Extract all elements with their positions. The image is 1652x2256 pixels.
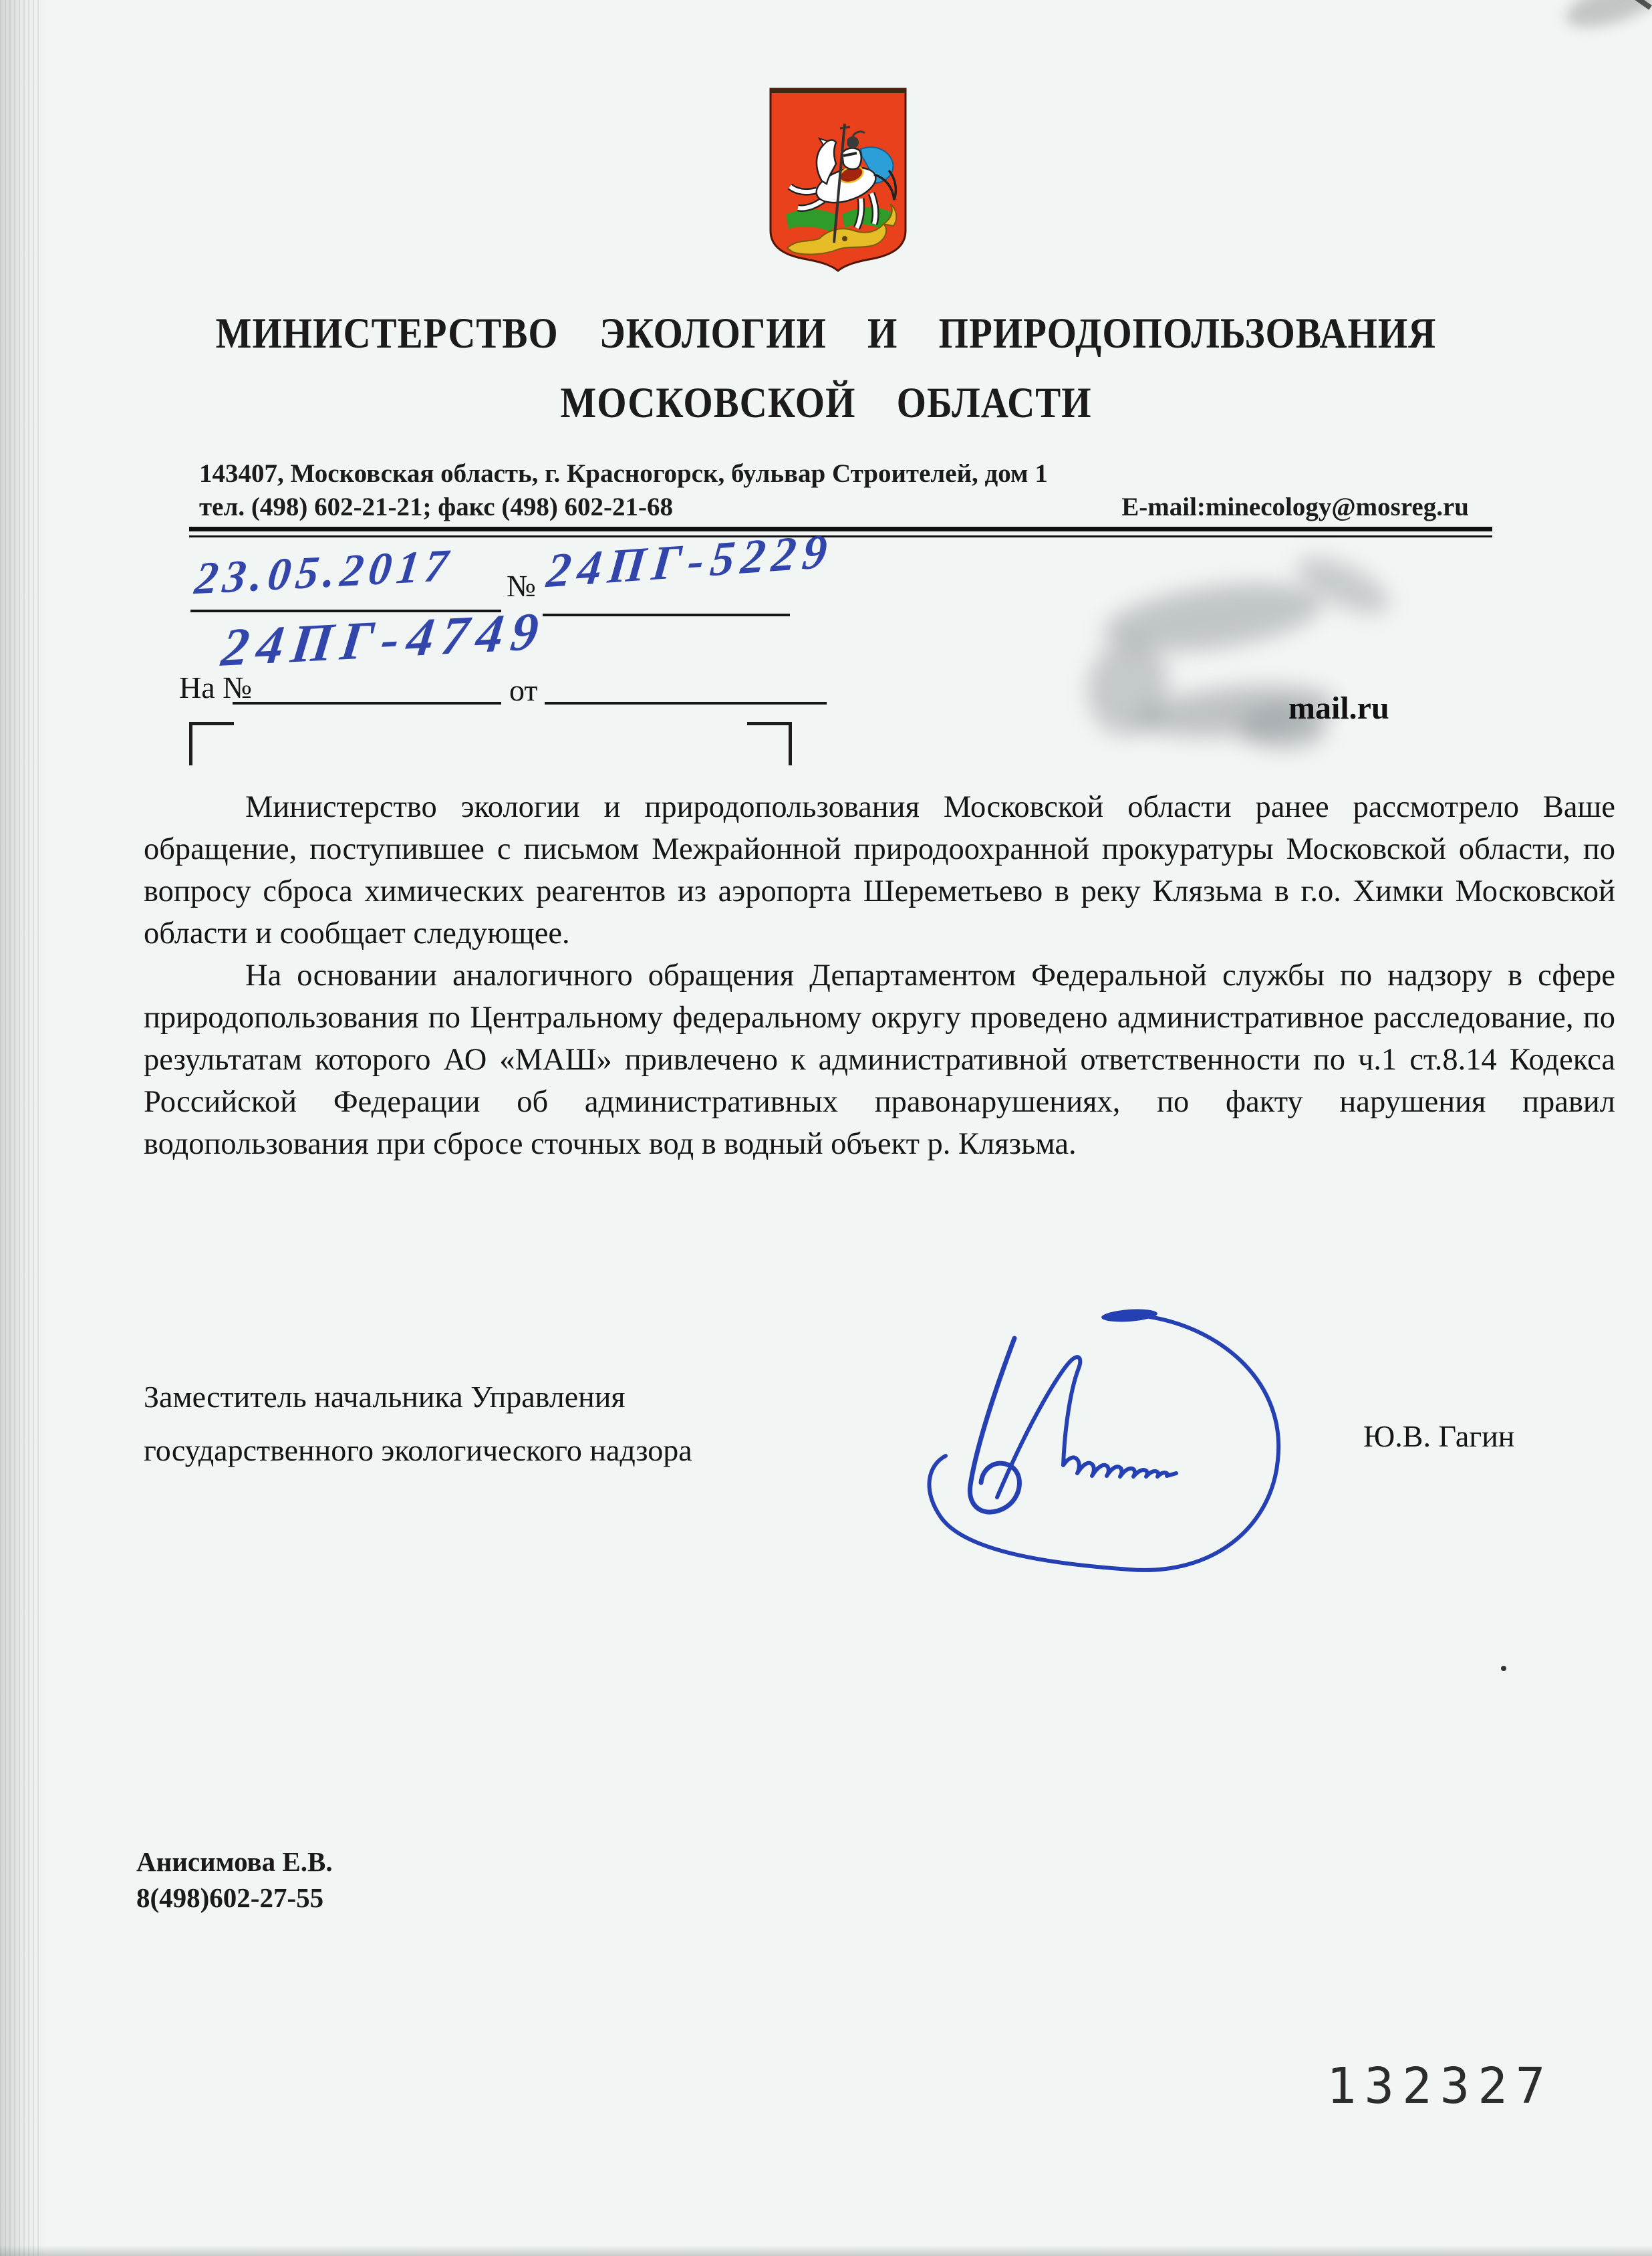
moscow-oblast-coat-of-arms-icon [767,86,909,273]
contact-row: тел. (498) 602-21-21; факс (498) 602-21-… [199,492,1469,522]
signer-position-line2: государственного экологического надзора [144,1424,692,1477]
scan-edge-shadow-bottom [0,2245,1652,2256]
scan-smudge-top-right [1560,0,1652,37]
executor-block: Анисимова Е.В. 8(498)602-27-55 [136,1844,333,1916]
scan-dot-artifact [1501,1666,1506,1671]
from-date-underline [545,702,827,705]
handwritten-reply-number: 24ПГ-4749 [219,601,550,679]
letter-body: Министерство экологии и природопользован… [144,786,1615,1165]
executor-phone: 8(498)602-27-55 [136,1880,333,1916]
ministry-address: 143407, Московская область, г. Красногор… [199,459,1048,489]
ministry-title-line1: МИНИСТЕРСТВО ЭКОЛОГИИ И ПРИРОДОПОЛЬЗОВАН… [0,309,1652,358]
reply-number-underline [233,702,501,705]
ministry-title-line2: МОСКОВСКОЙ ОБЛАСТИ [0,378,1652,428]
phone-fax: тел. (498) 602-21-21; факс (498) 602-21-… [199,492,673,522]
signer-position-line1: Заместитель начальника Управления [144,1370,692,1424]
address-corner-mark-left [189,722,234,765]
stamp-visible-text: mail.ru [1288,690,1389,727]
number-underline [543,614,790,616]
scanned-letter-page: МИНИСТЕРСТВО ЭКОЛОГИИ И ПРИРОДОПОЛЬЗОВАН… [0,0,1652,2256]
executor-name: Анисимова Е.В. [136,1844,333,1880]
email: E-mail:minecology@mosreg.ru [1121,492,1469,522]
number-label: № [507,568,536,604]
handwritten-date: 23.05.2017 [192,539,456,606]
handwritten-signature [909,1297,1310,1598]
body-paragraph-1: Министерство экологии и природопользован… [144,786,1615,955]
body-paragraph-2: На основании аналогичного обращения Депа… [144,955,1615,1165]
from-label: от [509,672,538,708]
signer-position: Заместитель начальника Управления госуда… [144,1370,692,1477]
signer-name: Ю.В. Гагин [1363,1418,1514,1454]
letterhead-rule-thick [189,527,1492,531]
address-corner-mark-right [747,722,792,765]
handwritten-outgoing-number: 24ПГ-5229 [544,523,836,600]
registration-number-stamp: 132327 [1327,2057,1553,2115]
letterhead-rule-thin [189,535,1492,537]
